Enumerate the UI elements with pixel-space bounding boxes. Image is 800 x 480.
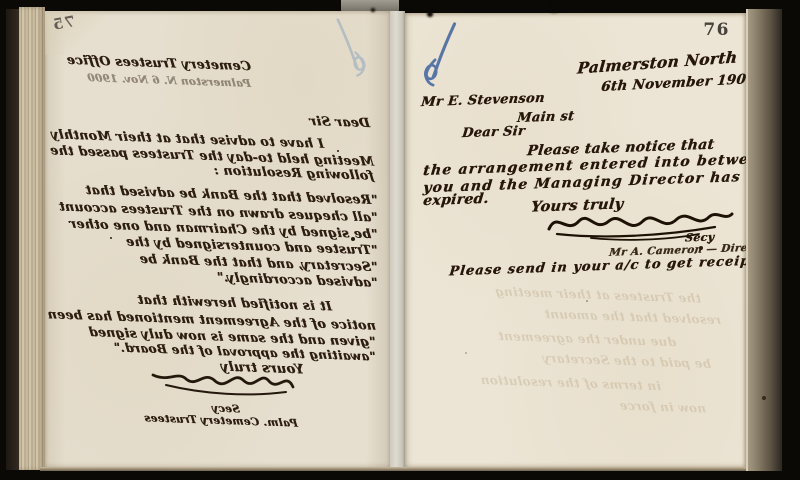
faint-bleedthrough-block: the Trustees at their meeting resolved t… xyxy=(421,288,731,448)
faint-bleed-line: the Trustees at their meeting xyxy=(494,284,701,305)
faint-bleed-line: resolved that the amount xyxy=(543,307,721,327)
page-75: 75 Cemetery Trustees Office Palmerston N… xyxy=(45,11,390,469)
blue-pencil-mark-right xyxy=(419,21,459,89)
bleedthrough-line: Secy xyxy=(211,402,240,415)
bleedthrough-line: Dear Sir xyxy=(309,113,371,130)
page-bottom-edge xyxy=(40,467,746,471)
signature-flourish-bleedthrough xyxy=(148,367,298,401)
bleedthrough-line: Cemetery Trustees Office xyxy=(66,52,252,73)
photo-background: 75 Cemetery Trustees Office Palmerston N… xyxy=(0,0,800,480)
body-line: expired. xyxy=(422,191,489,209)
salutation: Dear Sir xyxy=(461,124,525,141)
faint-bleed-line: in terms of the resolution xyxy=(480,373,662,393)
page-edges-left xyxy=(19,7,45,470)
page-edges-right xyxy=(746,9,782,471)
page-76: 76 Palmerston North 6th November 1900 Mr… xyxy=(405,13,746,469)
faint-bleed-line: due under the agreement xyxy=(497,329,677,349)
recipient-name: Mr E. Stevenson xyxy=(420,91,545,110)
book-cover-edge-left xyxy=(6,9,19,470)
letter-date-line: 6th November 1900 xyxy=(600,71,756,95)
bleedthrough-line: Palmerston N. 6 Nov. 1900 xyxy=(86,72,251,90)
faint-bleed-line: now in force xyxy=(619,398,707,415)
bleedthrough-line: Palm. Cemetery Trustees xyxy=(144,412,299,429)
faint-bleed-line: be paid to the Secretary xyxy=(542,351,712,371)
bleedthrough-letter: Cemetery Trustees Office Palmerston N. 6… xyxy=(45,11,390,469)
page-number-76: 76 xyxy=(703,20,730,40)
ink-specks xyxy=(0,0,2,2)
book-gutter xyxy=(390,11,405,469)
postscript-line: Please send in your a/c to get receipt xyxy=(448,254,758,280)
